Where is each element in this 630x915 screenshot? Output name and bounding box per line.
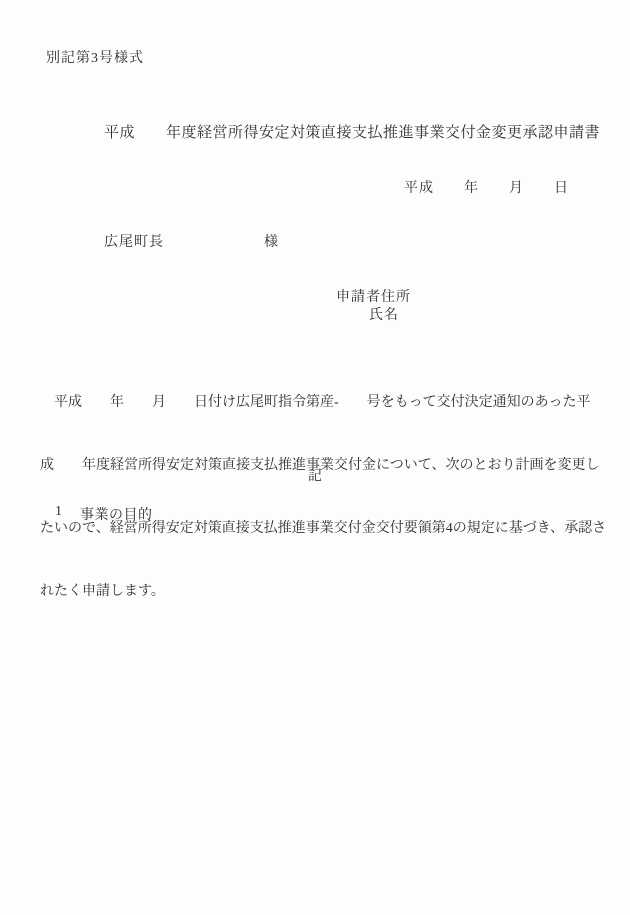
addressee-name: 広尾町長 <box>104 231 164 251</box>
document-page: 別記第3号様式 平成 年度経営所得安定対策直接支払推進事業交付金変更承認申請書 … <box>0 0 630 915</box>
record-marker: 記 <box>0 465 630 485</box>
body-paragraph: 平成 年 月 日付け広尾町指令第産- 号をもって交付決定通知のあった平 成 年度… <box>40 350 606 644</box>
body-paragraph-line: れたく申請します。 <box>40 581 606 602</box>
addressee-honorific: 様 <box>264 231 278 251</box>
section-1-number: 1 <box>55 504 62 520</box>
section-1-title: 事業の目的 <box>80 504 153 524</box>
date-line: 平成 年 月 日 <box>404 177 569 197</box>
form-code: 別記第3号様式 <box>46 47 144 67</box>
body-paragraph-line: 平成 年 月 日付け広尾町指令第産- 号をもって交付決定通知のあった平 <box>40 392 606 413</box>
applicant-name-label: 氏名 <box>369 304 399 324</box>
document-title: 平成 年度経営所得安定対策直接支払推進事業交付金変更承認申請書 <box>104 121 600 142</box>
applicant-address-label: 申請者住所 <box>336 286 411 306</box>
